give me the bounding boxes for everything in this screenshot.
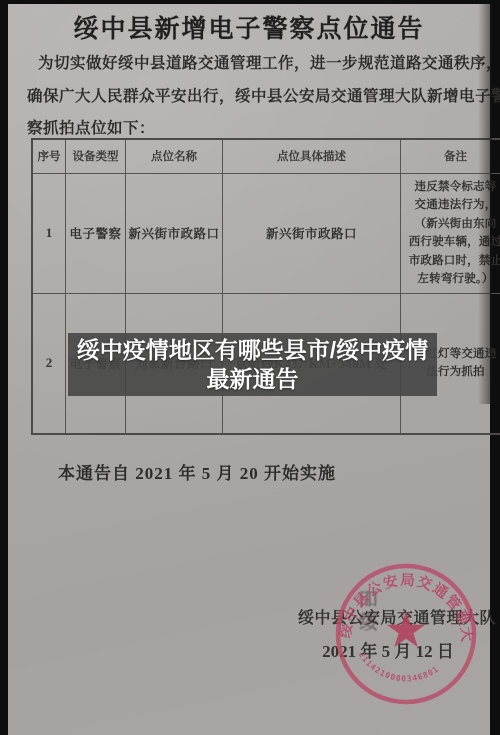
table-header-row: 序号 设备类型 点位名称 点位具体描述 备注 bbox=[32, 139, 500, 173]
col-header-device-type: 设备类型 bbox=[66, 139, 126, 173]
row1-index: 1 bbox=[32, 173, 66, 293]
notice-body-line-1: 为切实做好绥中县道路交通管理工作，进一步规范道路交通秩序， bbox=[38, 51, 500, 73]
official-seal: 绥中县公安局交通管理大队 2114210000346801 ★ bbox=[333, 561, 479, 707]
banner-text-line-1: 绥中疫情地区有哪些县市/绥中疫情 bbox=[77, 336, 428, 365]
photo-edge-shadow bbox=[478, 4, 492, 404]
seal-star-icon: ★ bbox=[333, 601, 479, 659]
notice-body-line-2: 确保广大人民群众平安出行，绥中县公安局交通管理大队新增电子警 bbox=[27, 84, 500, 106]
table-row: 1 电子警察 新兴街市政路口 新兴街市政路口 违反禁令标志等 交通违法行为， （… bbox=[32, 173, 500, 293]
paper-sheet: 绥中县新增电子警察点位通告 为切实做好绥中县道路交通管理工作，进一步规范道路交通… bbox=[8, 4, 490, 735]
overlay-caption-banner[interactable]: 绥中疫情地区有哪些县市/绥中疫情 最新通告 bbox=[68, 333, 437, 396]
row1-device: 电子警察 bbox=[66, 173, 126, 293]
col-header-index: 序号 bbox=[32, 139, 66, 173]
col-header-point-name: 点位名称 bbox=[126, 139, 223, 173]
notice-body-line-3: 察抓拍点位如下： bbox=[27, 116, 155, 138]
photographed-notice: 绥中县新增电子警察点位通告 为切实做好绥中县道路交通管理工作，进一步规范道路交通… bbox=[0, 0, 500, 735]
row1-desc: 新兴街市政路口 bbox=[223, 173, 401, 293]
effective-date-line: 本通告自 2021 年 5 月 20 开始实施 bbox=[58, 459, 336, 484]
banner-text-line-2: 最新通告 bbox=[207, 365, 299, 394]
row2-index: 2 bbox=[32, 293, 66, 434]
notice-title: 绥中县新增电子警察点位通告 bbox=[8, 9, 490, 45]
row1-name: 新兴街市政路口 bbox=[126, 173, 223, 293]
col-header-point-desc: 点位具体描述 bbox=[223, 139, 401, 173]
